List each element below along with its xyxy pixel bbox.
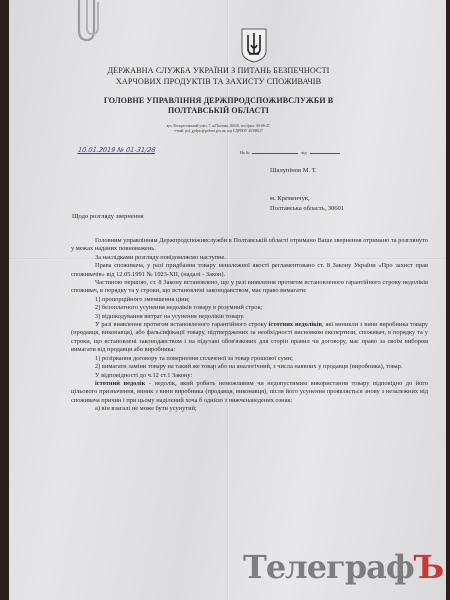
paragraph-7: істотний недолік - недолік, який робить … xyxy=(71,380,428,405)
department-line-2: ПОЛТАВСЬКІЙ ОБЛАСТІ xyxy=(9,106,437,115)
department-line-1: ГОЛОВНЕ УПРАВЛІННЯ ДЕРЖПРОДСПОЖИВСЛУЖБИ … xyxy=(9,96,437,105)
list-item: а) він взагалі не може бути усунутий; xyxy=(71,405,428,413)
letter-paper: ДЕРЖАВНА СЛУЖБА УКРАЇНИ З ПИТАНЬ БЕЗПЕЧН… xyxy=(9,0,446,600)
paragraph-7-bold: істотний недолік xyxy=(95,380,145,387)
outgoing-reference-handwritten: 10.01.2019 № 01-31/28 xyxy=(77,146,156,154)
paragraph-5-bold: істотних недоліків xyxy=(269,321,322,328)
recipient-region: Полтавська область, 30601 xyxy=(270,205,344,212)
telegraf-watermark-logo: ТелеграфЪ xyxy=(243,548,443,586)
ref-number-blank xyxy=(252,153,298,154)
paragraph-5-text: У разі виявлення протягом встановленого … xyxy=(95,321,269,328)
list-item: 2) безоплатного усунення недоліків товар… xyxy=(71,304,428,312)
watermark-text: Телеграф xyxy=(243,548,414,586)
paragraph-4: Частиною першою, ст. 8 Закону встановлен… xyxy=(71,279,428,296)
watermark-accent-letter: Ъ xyxy=(414,548,444,586)
address-line-2: e-mail: pol_gydpss@poltvet.gov.ua, код Є… xyxy=(9,129,437,133)
ref-date-blank xyxy=(310,153,340,154)
incoming-reference: На №від xyxy=(240,150,343,155)
header-line-2: ХАРЧОВИХ ПРОДУКТІВ ТА ЗАХИСТУ СПОЖИВАЧІВ xyxy=(9,77,437,86)
list-item: 2) вимагати заміни товару на такий же то… xyxy=(71,363,428,371)
recipient-name: Шалупінов М. Т. xyxy=(270,167,317,174)
paragraph-5: У разі виявлення протягом встановленого … xyxy=(71,321,428,355)
ref-date-label: від xyxy=(301,150,306,155)
list-item: 1) розірвання договору та повернення спл… xyxy=(71,355,428,363)
list-item: 1) пропорційного зменшення ціни; xyxy=(71,296,428,304)
header-line-1: ДЕРЖАВНА СЛУЖБА УКРАЇНИ З ПИТАНЬ БЕЗПЕЧН… xyxy=(9,66,437,75)
address-line-1: вул. Воскресенський узвіз, 7, м.Полтава,… xyxy=(9,124,437,128)
letter-subject: Щодо розгляду звернення xyxy=(72,213,144,220)
paragraph-2: За наслідками розгляду повідомляємо наст… xyxy=(71,254,428,262)
ref-number-label: На № xyxy=(240,150,249,155)
letter-body: Головним управлінням Держпродспоживслужб… xyxy=(71,237,428,414)
recipient-city: м. Кременчук, xyxy=(270,195,310,202)
paragraph-3: Права споживача, у разі придбання товару… xyxy=(71,262,428,279)
trident-coat-of-arms-icon xyxy=(237,27,271,63)
paperclip-icon xyxy=(67,0,107,44)
paragraph-1: Головним управлінням Держпродспоживслужб… xyxy=(71,237,428,254)
paragraph-6: У відповідності до ч.12 ст.1 Закону: xyxy=(71,372,428,380)
list-item: 3) відшкодування витрат на усунення недо… xyxy=(71,313,428,321)
